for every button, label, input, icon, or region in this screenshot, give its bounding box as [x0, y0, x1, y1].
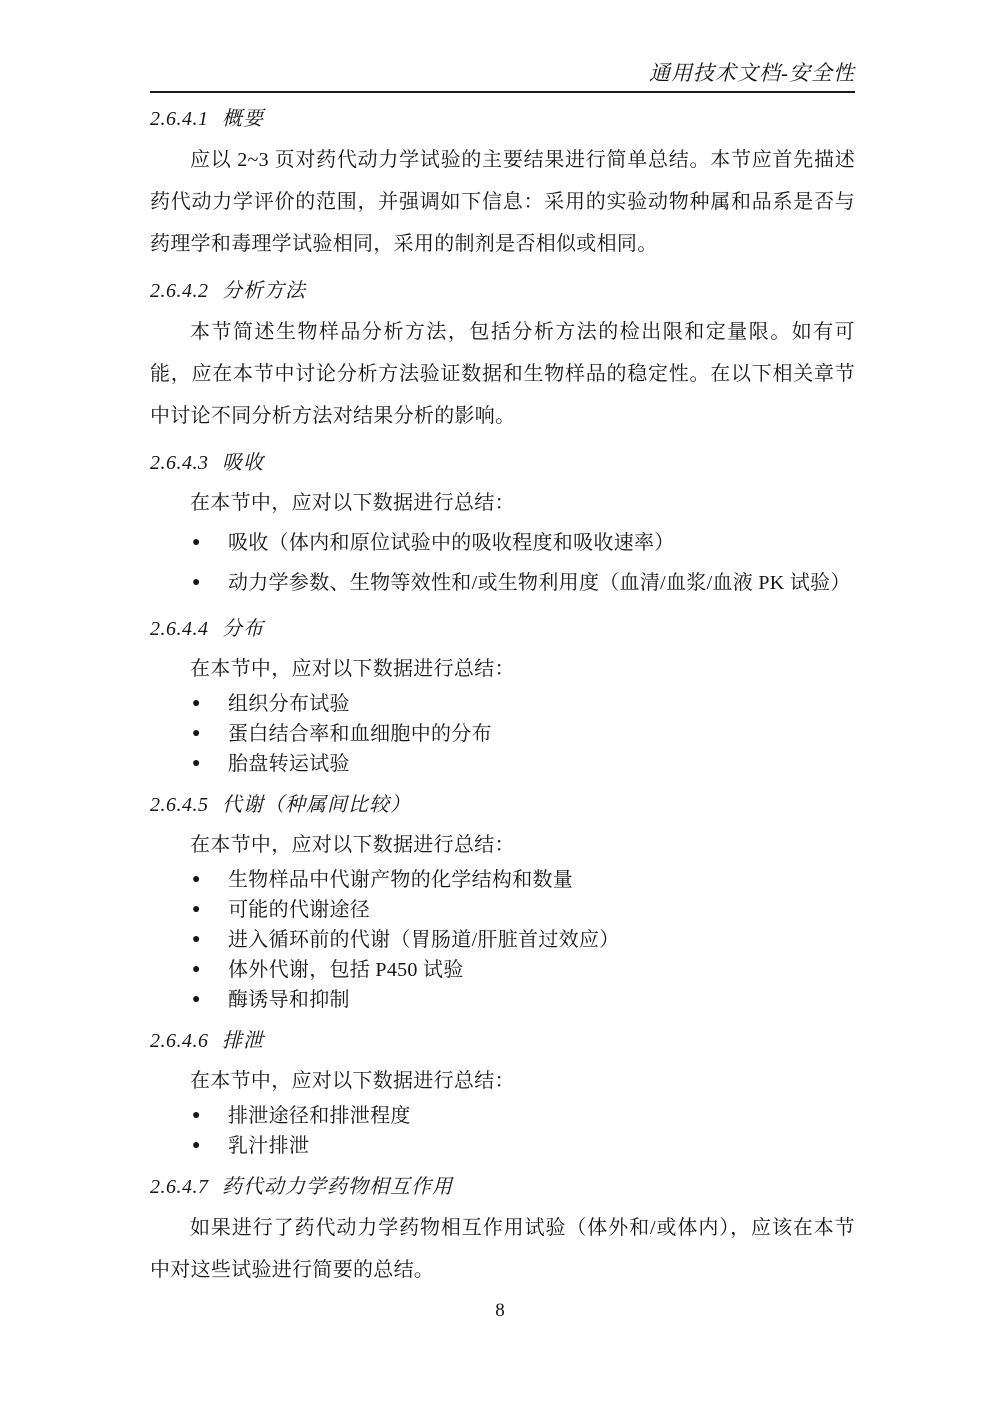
section-intro: 在本节中，应对以下数据进行总结： [150, 483, 855, 523]
page-number: 8 [0, 1300, 1000, 1322]
page-header: 通用技术文档-安全性 [150, 0, 855, 93]
section-analytical-methods: 2.6.4.2 分析方法 本节简述生物样品分析方法，包括分析方法的检出限和定量限… [150, 279, 855, 437]
list-item: ● 胎盘转运试验 [150, 749, 855, 779]
bullet-text: 蛋白结合率和血细胞中的分布 [228, 723, 492, 745]
section-intro: 在本节中，应对以下数据进行总结： [150, 1061, 855, 1101]
list-item: ● 蛋白结合率和血细胞中的分布 [150, 719, 855, 749]
section-title: 排泄 [222, 1029, 264, 1053]
bullet-icon: ● [192, 563, 201, 603]
paragraph: 本节简述生物样品分析方法，包括分析方法的检出限和定量限。如有可能，应在本节中讨论… [150, 311, 855, 437]
section-number: 2.6.4.2 [150, 279, 222, 303]
bullet-list: ● 生物样品中代谢产物的化学结构和数量 ● 可能的代谢途径 ● 进入循环前的代谢… [150, 865, 855, 1015]
section-title: 分析方法 [222, 279, 306, 303]
section-number: 2.6.4.1 [150, 107, 222, 131]
list-item: ● 进入循环前的代谢（胃肠道/肝脏首过效应） [150, 925, 855, 955]
list-item: ● 生物样品中代谢产物的化学结构和数量 [150, 865, 855, 895]
bullet-text: 动力学参数、生物等效性和/或生物利用度（血清/血浆/血液 PK 试验） [228, 572, 851, 594]
bullet-text: 进入循环前的代谢（胃肠道/肝脏首过效应） [228, 929, 620, 951]
list-item: ● 组织分布试验 [150, 689, 855, 719]
bullet-text: 可能的代谢途径 [228, 899, 370, 921]
section-number: 2.6.4.4 [150, 617, 222, 641]
bullet-icon: ● [192, 1101, 201, 1131]
section-title: 吸收 [222, 451, 264, 475]
bullet-icon: ● [192, 749, 201, 779]
bullet-icon: ● [192, 689, 201, 719]
header-title: 通用技术文档-安全性 [649, 61, 855, 85]
section-distribution: 2.6.4.4 分布 在本节中，应对以下数据进行总结： ● 组织分布试验 ● 蛋… [150, 617, 855, 779]
bullet-text: 组织分布试验 [228, 693, 350, 715]
bullet-list: ● 吸收（体内和原位试验中的吸收程度和吸收速率） ● 动力学参数、生物等效性和/… [150, 523, 855, 603]
list-item: ● 体外代谢，包括 P450 试验 [150, 955, 855, 985]
section-intro: 在本节中，应对以下数据进行总结： [150, 649, 855, 689]
section-heading: 2.6.4.5 代谢（种属间比较） [150, 793, 855, 817]
section-title: 概要 [222, 107, 264, 131]
list-item: ● 酶诱导和抑制 [150, 985, 855, 1015]
paragraph: 应以 2~3 页对药代动力学试验的主要结果进行简单总结。本节应首先描述药代动力学… [150, 139, 855, 265]
section-number: 2.6.4.3 [150, 451, 222, 475]
bullet-text: 吸收（体内和原位试验中的吸收程度和吸收速率） [228, 532, 675, 554]
section-pk-drug-interactions: 2.6.4.7 药代动力学药物相互作用 如果进行了药代动力学药物相互作用试验（体… [150, 1175, 855, 1291]
section-heading: 2.6.4.7 药代动力学药物相互作用 [150, 1175, 855, 1199]
bullet-icon: ● [192, 1131, 201, 1161]
section-number: 2.6.4.6 [150, 1029, 222, 1053]
list-item: ● 吸收（体内和原位试验中的吸收程度和吸收速率） [150, 523, 855, 563]
bullet-icon: ● [192, 895, 201, 925]
section-metabolism: 2.6.4.5 代谢（种属间比较） 在本节中，应对以下数据进行总结： ● 生物样… [150, 793, 855, 1015]
bullet-icon: ● [192, 523, 201, 563]
section-title: 药代动力学药物相互作用 [222, 1175, 453, 1199]
list-item: ● 乳汁排泄 [150, 1131, 855, 1161]
section-number: 2.6.4.7 [150, 1175, 222, 1199]
bullet-text: 体外代谢，包括 P450 试验 [228, 959, 464, 981]
bullet-text: 排泄途径和排泄程度 [228, 1105, 411, 1127]
section-intro: 在本节中，应对以下数据进行总结： [150, 825, 855, 865]
bullet-text: 胎盘转运试验 [228, 753, 350, 775]
bullet-icon: ● [192, 955, 201, 985]
bullet-text: 生物样品中代谢产物的化学结构和数量 [228, 869, 573, 891]
section-number: 2.6.4.5 [150, 793, 222, 817]
list-item: ● 可能的代谢途径 [150, 895, 855, 925]
list-item: ● 动力学参数、生物等效性和/或生物利用度（血清/血浆/血液 PK 试验） [150, 563, 855, 603]
section-excretion: 2.6.4.6 排泄 在本节中，应对以下数据进行总结： ● 排泄途径和排泄程度 … [150, 1029, 855, 1161]
section-overview: 2.6.4.1 概要 应以 2~3 页对药代动力学试验的主要结果进行简单总结。本… [150, 107, 855, 265]
document-page: 通用技术文档-安全性 2.6.4.1 概要 应以 2~3 页对药代动力学试验的主… [0, 0, 1000, 1415]
bullet-text: 酶诱导和抑制 [228, 989, 350, 1011]
section-title: 代谢（种属间比较） [222, 793, 411, 817]
bullet-icon: ● [192, 865, 201, 895]
section-heading: 2.6.4.1 概要 [150, 107, 855, 131]
bullet-text: 乳汁排泄 [228, 1135, 309, 1157]
section-absorption: 2.6.4.3 吸收 在本节中，应对以下数据进行总结： ● 吸收（体内和原位试验… [150, 451, 855, 603]
section-heading: 2.6.4.2 分析方法 [150, 279, 855, 303]
bullet-list: ● 排泄途径和排泄程度 ● 乳汁排泄 [150, 1101, 855, 1161]
bullet-icon: ● [192, 925, 201, 955]
section-title: 分布 [222, 617, 264, 641]
bullet-list: ● 组织分布试验 ● 蛋白结合率和血细胞中的分布 ● 胎盘转运试验 [150, 689, 855, 779]
bullet-icon: ● [192, 719, 201, 749]
bullet-icon: ● [192, 985, 201, 1015]
section-heading: 2.6.4.3 吸收 [150, 451, 855, 475]
section-heading: 2.6.4.4 分布 [150, 617, 855, 641]
paragraph: 如果进行了药代动力学药物相互作用试验（体外和/或体内），应该在本节中对这些试验进… [150, 1207, 855, 1291]
section-heading: 2.6.4.6 排泄 [150, 1029, 855, 1053]
list-item: ● 排泄途径和排泄程度 [150, 1101, 855, 1131]
